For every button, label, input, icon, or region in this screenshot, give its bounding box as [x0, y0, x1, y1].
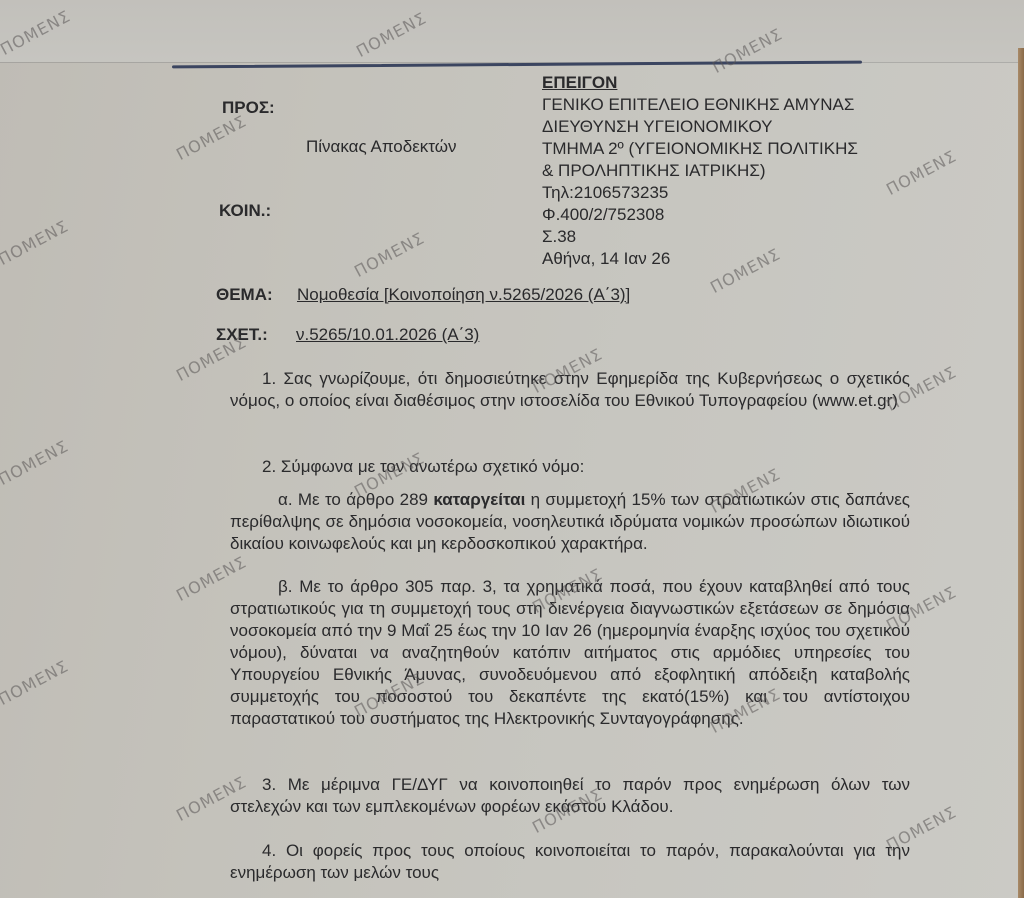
sender-phone: Τηλ:2106573235 [542, 182, 858, 204]
paragraph-2b: β. Με το άρθρο 305 παρ. 3, τα χρηματικά … [230, 576, 910, 730]
watermark: ΠΟΜΕΝΣ [0, 656, 72, 709]
sender-block: ΕΠΕΙΓΟΝ ΓΕΝΙΚΟ ΕΠΙΤΕΛΕΙΟ ΕΘΝΙΚΗΣ ΑΜΥΝΑΣ … [542, 72, 858, 270]
paragraph-2a: α. Με το άρθρο 289 καταργείται η συμμετο… [230, 489, 910, 555]
paragraph-2: 2. Σύμφωνα με τον ανωτέρω σχετικό νόμο: [230, 456, 910, 478]
paragraph-3: 3. Με μέριμνα ΓΕ/ΔΥΓ να κοινοποιηθεί το … [230, 774, 910, 818]
watermark: ΠΟΜΕΝΣ [0, 436, 72, 489]
sender-sigma: Σ.38 [542, 226, 858, 248]
watermark: ΠΟΜΕΝΣ [0, 216, 72, 269]
sender-line: ΤΜΗΜΑ 2º (ΥΓΕΙΟΝΟΜΙΚΗΣ ΠΟΛΙΤΙΚΗΣ [542, 138, 858, 160]
sender-line: ΔΙΕΥΘΥΝΣΗ ΥΓΕΙΟΝΟΜΙΚΟΥ [542, 116, 858, 138]
sender-file-number: Φ.400/2/752308 [542, 204, 858, 226]
cc-label: ΚΟΙΝ.: [219, 201, 271, 221]
sender-line: ΓΕΝΙΚΟ ΕΠΙΤΕΛΕΙΟ ΕΘΝΙΚΗΣ ΑΜΥΝΑΣ [542, 94, 858, 116]
to-label: ΠΡΟΣ: [222, 98, 275, 118]
paragraph-4: 4. Οι φορείς προς τους οποίους κοινοποιε… [230, 840, 910, 884]
to-value: Πίνακας Αποδεκτών [306, 136, 457, 158]
watermark: ΠΟΜΕΝΣ [883, 146, 960, 199]
watermark: ΠΟΜΕΝΣ [173, 111, 250, 164]
sender-date: Αθήνα, 14 Ιαν 26 [542, 248, 858, 270]
page-top-margin [0, 0, 1024, 62]
table-edge [1018, 48, 1024, 898]
subject-label: ΘΕΜΑ: [216, 285, 273, 305]
paragraph-1: 1. Σας γνωρίζουμε, ότι δημοσιεύτηκε στην… [230, 368, 910, 412]
subject-value: Νομοθεσία [Κοινοποίηση ν.5265/2026 (Α΄3)… [297, 284, 630, 306]
watermark: ΠΟΜΕΝΣ [351, 228, 428, 281]
sender-line: & ΠΡΟΛΗΠΤΙΚΗΣ ΙΑΤΡΙΚΗΣ) [542, 160, 858, 182]
priority-label: ΕΠΕΙΓΟΝ [542, 72, 858, 94]
abolished-emphasis: καταργείται [433, 490, 525, 509]
reference-value: ν.5265/10.01.2026 (Α΄3) [296, 324, 479, 346]
reference-label: ΣΧΕΤ.: [216, 325, 268, 345]
